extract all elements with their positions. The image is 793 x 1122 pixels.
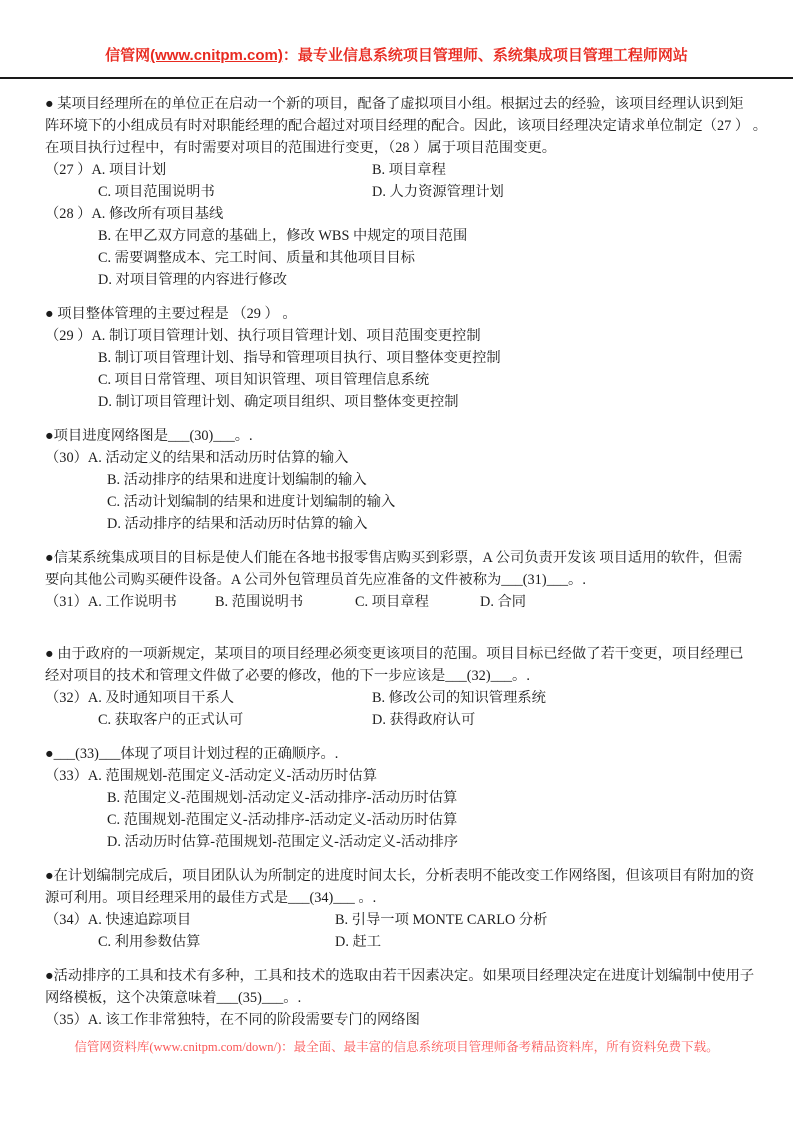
q31-option-d: D. 合同 <box>480 591 526 613</box>
q30-stem: ●项目进度网络图是___(30)___。. <box>45 425 751 447</box>
q34-option-c: C. 利用参数估算 <box>45 931 335 953</box>
q32-options-row-1: （32）A. 及时通知项目干系人 B. 修改公司的知识管理系统 <box>45 687 751 709</box>
q27-options-row-2: C. 项目范围说明书 D. 人力资源管理计划 <box>45 181 751 203</box>
header-title: 信管网(www.cnitpm.com)：最专业信息系统项目管理师、系统集成项目管… <box>0 46 793 66</box>
question-block-33: ●___(33)___体现了项目计划过程的正确顺序。. （33）A. 范围规划-… <box>45 743 751 853</box>
q27-option-b: B. 项目章程 <box>372 159 446 181</box>
q34-options-row-1: （34）A. 快速追踪项目 B. 引导一项 MONTE CARLO 分析 <box>45 909 751 931</box>
q30-option-a: （30）A. 活动定义的结果和活动历时估算的输入 <box>45 447 751 469</box>
q27-28-stem-line-3: 在项目执行过程中，有时需要对项目的范围进行变更，（28 ）属于项目范围变更。 <box>45 137 751 159</box>
q34-option-a: （34）A. 快速追踪项目 <box>45 909 335 931</box>
footer-url-link[interactable]: (www.cnitpm.com/down/) <box>149 1040 281 1054</box>
q34-options-row-2: C. 利用参数估算 D. 赶工 <box>45 931 751 953</box>
q31-option-a: （31）A. 工作说明书 <box>45 591 215 613</box>
q29-option-b: B. 制订项目管理计划、指导和管理项目执行、项目整体变更控制 <box>45 347 751 369</box>
q34-option-d: D. 赶工 <box>335 931 381 953</box>
q28-option-c: C. 需要调整成本、完工时间、质量和其他项目目标 <box>45 247 751 269</box>
q31-options-row: （31）A. 工作说明书 B. 范围说明书 C. 项目章程 D. 合同 <box>45 591 751 613</box>
q29-option-c: C. 项目日常管理、项目知识管理、项目管理信息系统 <box>45 369 751 391</box>
q33-option-d: D. 活动历时估算-范围规划-范围定义-活动定义-活动排序 <box>45 831 751 853</box>
q35-stem-line-1: ●活动排序的工具和技术有多种，工具和技术的选取由若干因素决定。如果项目经理决定在… <box>45 965 751 987</box>
q31-option-c: C. 项目章程 <box>355 591 480 613</box>
q34-option-b: B. 引导一项 MONTE CARLO 分析 <box>335 909 547 931</box>
q35-stem-line-2: 网络模板，这个决策意味着___(35)___。. <box>45 987 751 1009</box>
q31-stem-line-1: ●信某系统集成项目的目标是使人们能在各地书报零售店购买到彩票，A 公司负责开发该… <box>45 547 751 569</box>
header-tagline: ：最专业信息系统项目管理师、系统集成项目管理工程师网站 <box>283 47 688 64</box>
question-block-29: ● 项目整体管理的主要过程是 （29 ） 。 （29 ）A. 制订项目管理计划、… <box>45 303 751 413</box>
q27-28-stem-line-1: ● 某项目经理所在的单位正在启动一个新的项目，配备了虚拟项目小组。根据过去的经验… <box>45 93 751 115</box>
page-footer: 信管网资料库(www.cnitpm.com/down/)：最全面、最丰富的信息系… <box>0 1038 793 1056</box>
q35-option-a: （35）A. 该工作非常独特，在不同的阶段需要专门的网络图 <box>45 1009 751 1031</box>
q27-option-c: C. 项目范围说明书 <box>45 181 372 203</box>
q32-stem-line-1: ● 由于政府的一项新规定，某项目的项目经理必须变更该项目的范围。项目目标已经做了… <box>45 643 751 665</box>
q34-stem-line-2: 源可利用。项目经理采用的最佳方式是___(34)___ 。. <box>45 887 751 909</box>
q32-option-d: D. 获得政府认可 <box>372 709 475 731</box>
q29-option-a: （29 ）A. 制订项目管理计划、执行项目管理计划、项目范围变更控制 <box>45 325 751 347</box>
q31-stem-line-2: 要向其他公司购买硬件设备。A 公司外包管理员首先应准备的文件被称为___(31)… <box>45 569 751 591</box>
q33-option-a: （33）A. 范围规划-范围定义-活动定义-活动历时估算 <box>45 765 751 787</box>
q32-stem-line-2: 经对项目的技术和管理文件做了必要的修改，他的下一步应该是___(32)___。. <box>45 665 751 687</box>
q27-options-row-1: （27 ）A. 项目计划 B. 项目章程 <box>45 159 751 181</box>
site-url-link[interactable]: (www.cnitpm.com) <box>150 47 283 64</box>
q27-option-d: D. 人力资源管理计划 <box>372 181 504 203</box>
question-block-27-28: ● 某项目经理所在的单位正在启动一个新的项目，配备了虚拟项目小组。根据过去的经验… <box>45 93 751 291</box>
q33-option-b: B. 范围定义-范围规划-活动定义-活动排序-活动历时估算 <box>45 787 751 809</box>
question-block-32: ● 由于政府的一项新规定，某项目的项目经理必须变更该项目的范围。项目目标已经做了… <box>45 643 751 731</box>
q27-28-stem-line-2: 阵环境下的小组成员有时对职能经理的配合超过对项目经理的配合。因此，该项目经理决定… <box>45 115 751 137</box>
site-brand: 信管网 <box>105 47 150 64</box>
q32-option-b: B. 修改公司的知识管理系统 <box>372 687 546 709</box>
document-body: ● 某项目经理所在的单位正在启动一个新的项目，配备了虚拟项目小组。根据过去的经验… <box>0 79 793 1031</box>
q33-stem: ●___(33)___体现了项目计划过程的正确顺序。. <box>45 743 751 765</box>
question-block-30: ●项目进度网络图是___(30)___。. （30）A. 活动定义的结果和活动历… <box>45 425 751 535</box>
q30-option-b: B. 活动排序的结果和进度计划编制的输入 <box>45 469 751 491</box>
q30-option-d: D. 活动排序的结果和活动历时估算的输入 <box>45 513 751 535</box>
page-header: 信管网(www.cnitpm.com)：最专业信息系统项目管理师、系统集成项目管… <box>0 0 793 66</box>
question-block-31: ●信某系统集成项目的目标是使人们能在各地书报零售店购买到彩票，A 公司负责开发该… <box>45 547 751 613</box>
question-block-35: ●活动排序的工具和技术有多种，工具和技术的选取由若干因素决定。如果项目经理决定在… <box>45 965 751 1031</box>
footer-brand: 信管网资料库 <box>74 1040 149 1054</box>
question-block-34: ●在计划编制完成后，项目团队认为所制定的进度时间太长，分析表明不能改变工作网络图… <box>45 865 751 953</box>
q28-option-d: D. 对项目管理的内容进行修改 <box>45 269 751 291</box>
q34-stem-line-1: ●在计划编制完成后，项目团队认为所制定的进度时间太长，分析表明不能改变工作网络图… <box>45 865 751 887</box>
q29-stem: ● 项目整体管理的主要过程是 （29 ） 。 <box>45 303 751 325</box>
footer-tagline: ：最全面、最丰富的信息系统项目管理师备考精品资料库，所有资料免费下载。 <box>281 1040 719 1054</box>
q32-option-a: （32）A. 及时通知项目干系人 <box>45 687 372 709</box>
q27-option-a: （27 ）A. 项目计划 <box>45 159 372 181</box>
q30-option-c: C. 活动计划编制的结果和进度计划编制的输入 <box>45 491 751 513</box>
q29-option-d: D. 制订项目管理计划、确定项目组织、项目整体变更控制 <box>45 391 751 413</box>
q31-option-b: B. 范围说明书 <box>215 591 355 613</box>
q32-option-c: C. 获取客户的正式认可 <box>45 709 372 731</box>
q32-options-row-2: C. 获取客户的正式认可 D. 获得政府认可 <box>45 709 751 731</box>
document-page: 信管网(www.cnitpm.com)：最专业信息系统项目管理师、系统集成项目管… <box>0 0 793 1122</box>
q28-option-a: （28 ）A. 修改所有项目基线 <box>45 203 751 225</box>
q28-option-b: B. 在甲乙双方同意的基础上，修改 WBS 中规定的项目范围 <box>45 225 751 247</box>
q33-option-c: C. 范围规划-范围定义-活动排序-活动定义-活动历时估算 <box>45 809 751 831</box>
